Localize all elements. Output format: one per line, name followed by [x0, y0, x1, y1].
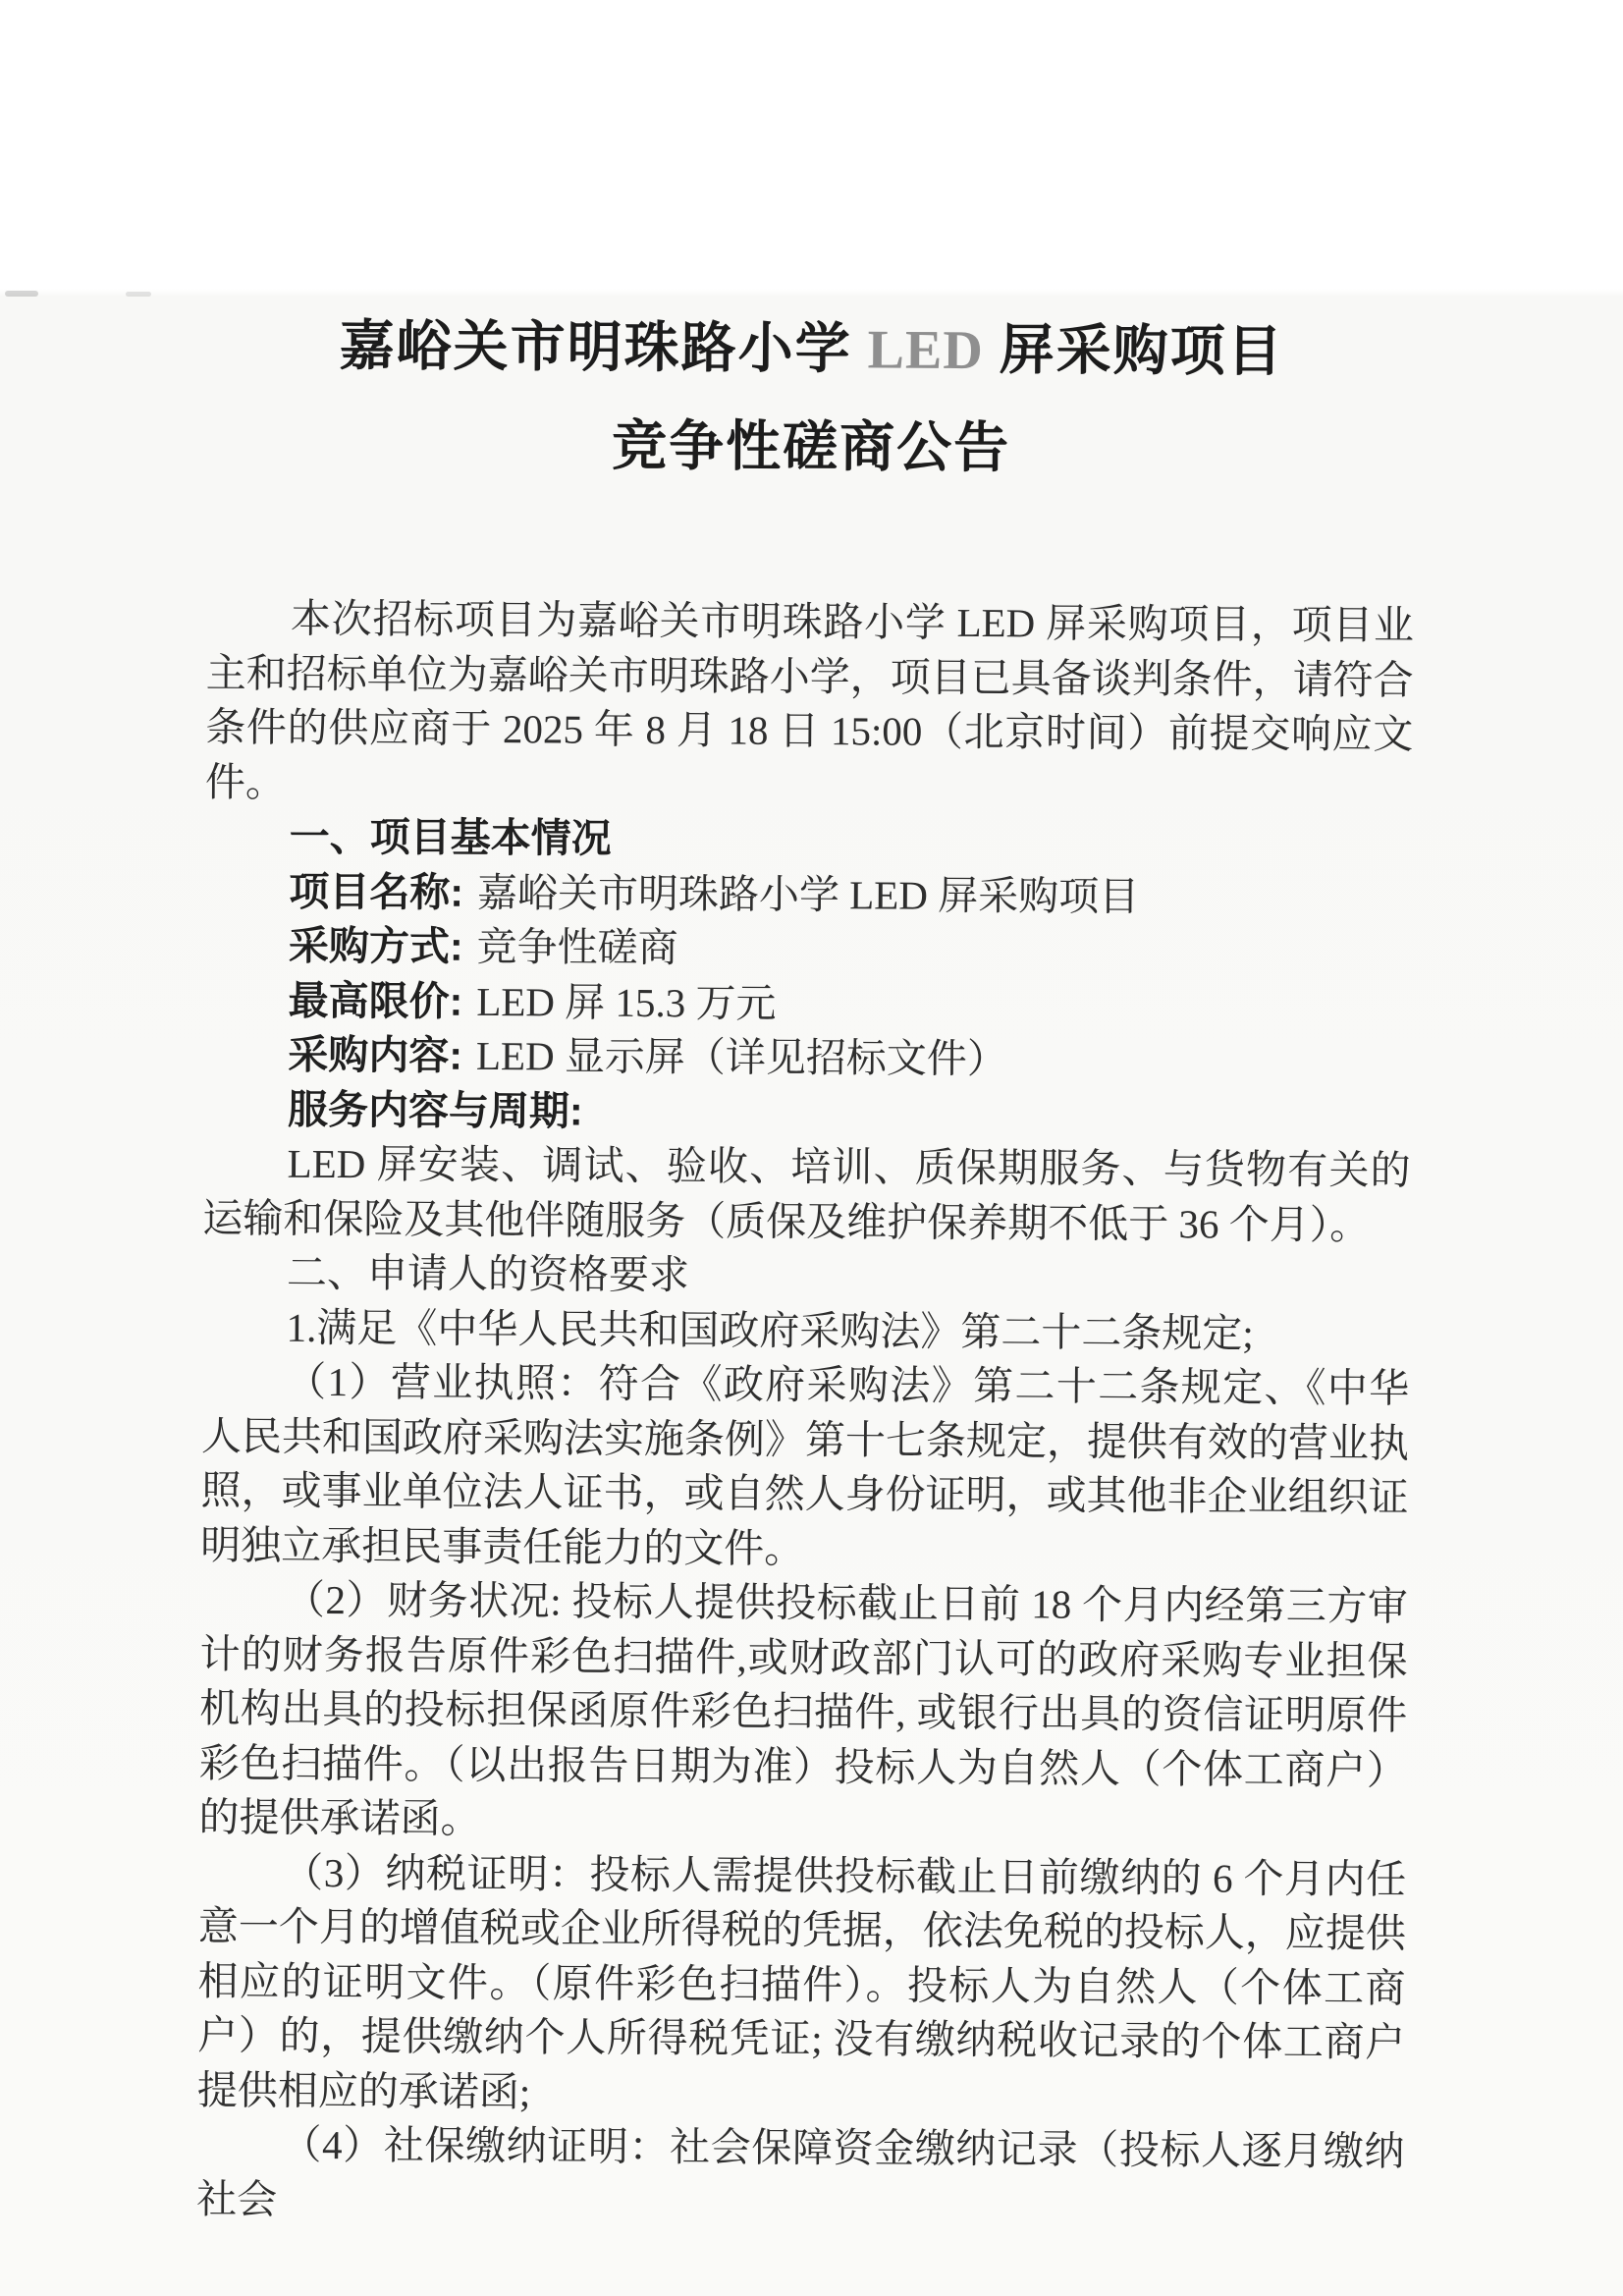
- field-value: 嘉峪关市明珠路小学 LED 屏采购项目: [477, 869, 1139, 918]
- document-title-line2: 竞争性磋商公告: [207, 395, 1416, 501]
- field-label: 采购方式:: [289, 923, 463, 969]
- field-row-procurement-method: 采购方式:竞争性磋商: [204, 918, 1412, 980]
- field-label: 最高限价:: [288, 977, 462, 1023]
- service-period-label-row: 服务内容与周期:: [203, 1082, 1411, 1144]
- section1-heading: 一、项目基本情况: [204, 809, 1412, 871]
- scanned-document-page: 嘉峪关市明珠路小学 LED 屏采购项目 竞争性磋商公告 本次招标项目为嘉峪关市明…: [0, 0, 1623, 2296]
- field-value: LED 屏 15.3 万元: [476, 978, 776, 1025]
- scan-artifact: [5, 291, 38, 297]
- qualification-item-tax-certificate: （3）纳税证明：投标人需提供投标截止日前缴纳的 6 个月内任意一个月的增值税或企…: [197, 1845, 1407, 2125]
- title-prefix-text: 嘉峪关市明珠路小学: [339, 316, 867, 380]
- qualification-item-financial-status: （2）财务状况: 投标人提供投标截止日前 18 个月内经第三方审计的财务报告原件…: [198, 1572, 1408, 1852]
- field-row-project-name: 项目名称:嘉峪关市明珠路小学 LED 屏采购项目: [204, 864, 1412, 926]
- document-title-line1: 嘉峪关市明珠路小学 LED 屏采购项目: [207, 297, 1416, 403]
- field-value: 竞争性磋商: [476, 924, 677, 970]
- field-label: 采购内容:: [288, 1032, 462, 1078]
- field-value: LED 显示屏（详见招标文件）: [476, 1033, 1007, 1081]
- field-row-price-limit: 最高限价:LED 屏 15.3 万元: [203, 973, 1411, 1035]
- field-label: 服务内容与周期:: [288, 1086, 583, 1133]
- service-period-paragraph: LED 屏安装、调试、验收、培训、质保期服务、与货物有关的运输和保险及其他伴随服…: [202, 1136, 1411, 1253]
- qualification-item-social-insurance: （4）社保缴纳证明：社会保障资金缴纳记录（投标人逐月缴纳社会: [196, 2117, 1405, 2234]
- section2-heading: 二、申请人的资格要求: [202, 1245, 1410, 1307]
- field-label: 项目名称:: [289, 868, 463, 914]
- document-body: 本次招标项目为嘉峪关市明珠路小学 LED 屏采购项目，项目业主和招标单位为嘉峪关…: [196, 591, 1414, 2233]
- field-row-procurement-content: 采购内容:LED 显示屏（详见招标文件）: [203, 1027, 1411, 1089]
- qualification-item-business-license: （1）营业执照：符合《政府采购法》第二十二条规定、《中华人民共和国政府采购法实施…: [200, 1354, 1409, 1580]
- qualification-item-1: 1.满足《中华人民共和国政府采购法》第二十二条规定;: [201, 1300, 1409, 1362]
- document-content: 嘉峪关市明珠路小学 LED 屏采购项目 竞争性磋商公告 本次招标项目为嘉峪关市明…: [196, 297, 1416, 2233]
- intro-paragraph: 本次招标项目为嘉峪关市明珠路小学 LED 屏采购项目，项目业主和招标单位为嘉峪关…: [205, 591, 1414, 817]
- scan-artifact: [126, 292, 151, 297]
- title-led-text: LED: [867, 319, 984, 381]
- title-suffix-text: 屏采购项目: [984, 320, 1284, 383]
